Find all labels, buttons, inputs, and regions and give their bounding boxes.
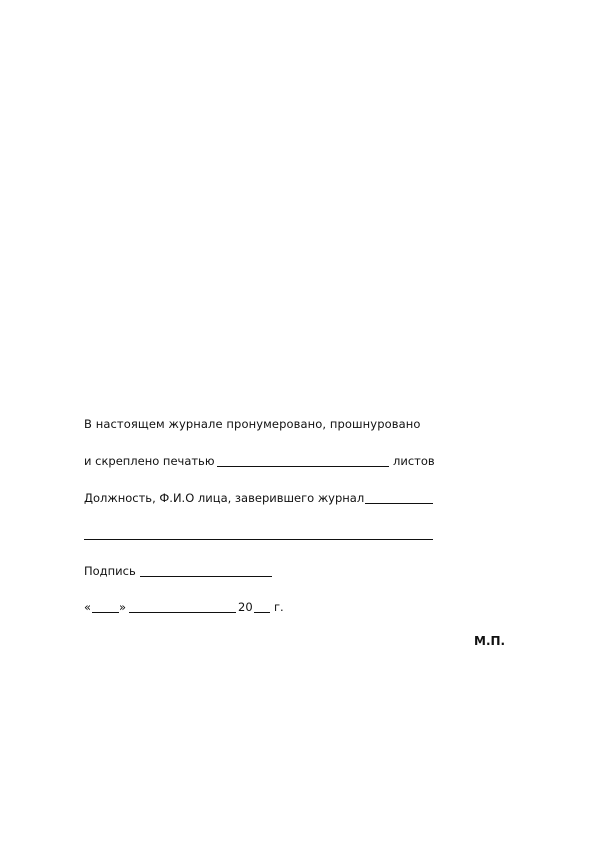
sheets-label: листов (393, 454, 435, 468)
date-month-field[interactable] (129, 612, 236, 613)
certification-statement: В настоящем журнале пронумеровано, прошн… (84, 417, 421, 431)
date-open-quote: « (84, 600, 91, 614)
sheet-count-field[interactable] (217, 466, 389, 467)
signature-field[interactable] (140, 576, 272, 577)
date-day-field[interactable] (92, 612, 119, 613)
position-name-field-part2[interactable] (84, 539, 433, 540)
date-year-field[interactable] (254, 612, 270, 613)
date-year-prefix: 20 (238, 600, 253, 614)
sealed-with-stamp-label: и скреплено печатью (84, 454, 215, 468)
stamp-place-label: М.П. (474, 634, 505, 648)
date-close-quote: » (119, 600, 126, 614)
position-name-field-part1[interactable] (365, 503, 433, 504)
position-name-label: Должность, Ф.И.О лица, заверившего журна… (84, 491, 364, 505)
signature-label: Подпись (84, 564, 136, 578)
date-year-suffix: г. (274, 600, 284, 614)
